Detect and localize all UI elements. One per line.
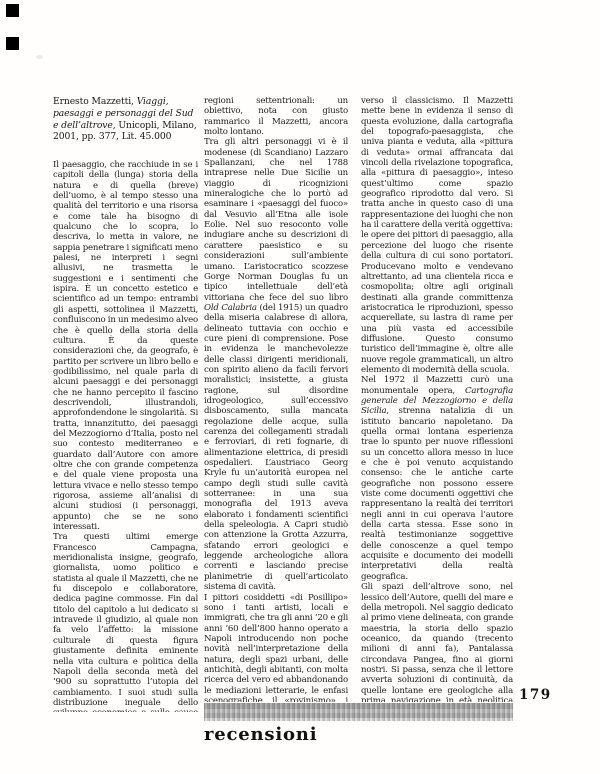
text-column-right: verso il classicismo. Il Mazzetti mette … [361,96,513,702]
margin-mark-top [6,4,19,17]
scan-speck [36,55,43,59]
margin-mark-bottom [6,37,19,50]
book-citation: Ernesto Mazzetti, Viaggi, paesaggi e per… [53,96,199,143]
text-column-middle: regioni settentrionali: un obiettivo, no… [204,96,348,702]
text-column-left: Il paesaggio, che racchiude in se i capi… [53,160,198,712]
page-number: 179 [519,687,552,703]
section-heading: recensioni [204,724,317,745]
halftone-separator-bar [204,703,513,721]
scanned-journal-page: Ernesto Mazzetti, Viaggi, paesaggi e per… [0,0,600,774]
